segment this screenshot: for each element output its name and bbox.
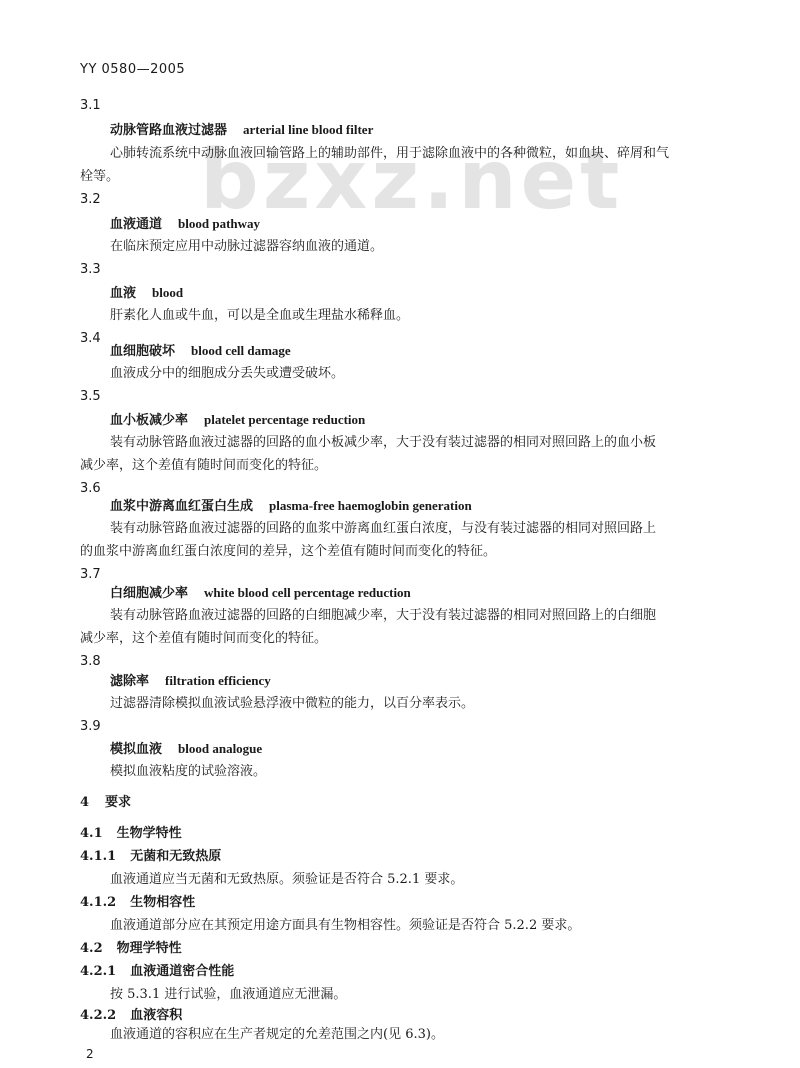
page-number: 2 <box>86 1047 94 1061</box>
requirement-text: 血液通道应当无菌和无致热原。须验证是否符合 5.2.1 要求。 <box>110 872 463 888</box>
term-zh: 动脉管路血液过滤器 <box>110 123 227 138</box>
subsection-heading: 4.1.1无菌和无致热原 <box>80 849 221 865</box>
clause-number: 3.1 <box>80 98 101 114</box>
term-zh: 滤除率 <box>110 674 149 689</box>
term-heading: 模拟血液blood analogue <box>110 741 262 758</box>
definition-text: 过滤器清除模拟血液试验悬浮液中微粒的能力，以百分率表示。 <box>110 696 474 712</box>
definition-text-cont: 减少率，这个差值有随时间而变化的特征。 <box>80 631 327 647</box>
subsection-number: 4.2.1 <box>80 964 116 979</box>
definition-text: 心肺转流系统中动脉血液回输管路上的辅助部件，用于滤除血液中的各种微粒，如血块、碎… <box>110 146 669 162</box>
subsection-number: 4.2 <box>80 941 103 956</box>
subsection-heading: 4.1.2生物相容性 <box>80 895 195 911</box>
term-en: plasma-free haemoglobin generation <box>269 498 472 513</box>
term-heading: 血细胞破坏blood cell damage <box>110 343 291 360</box>
term-zh: 血小板减少率 <box>110 413 188 428</box>
definition-text: 在临床预定应用中动脉过滤器容纳血液的通道。 <box>110 239 383 255</box>
term-en: blood cell damage <box>191 343 291 358</box>
subsection-title: 无菌和无致热原 <box>130 849 221 864</box>
term-zh: 血液 <box>110 286 136 301</box>
definition-text: 模拟血液粘度的试验溶液。 <box>110 764 266 780</box>
definition-text: 装有动脉管路血液过滤器的回路的血浆中游离血红蛋白浓度，与没有装过滤器的相同对照回… <box>110 521 656 537</box>
standard-code: YY 0580—2005 <box>80 62 185 77</box>
definition-text: 装有动脉管路血液过滤器的回路的白细胞减少率，大于没有装过滤器的相同对照回路上的白… <box>110 608 656 624</box>
term-en: filtration efficiency <box>165 673 271 688</box>
subsection-heading: 4.2.1血液通道密合性能 <box>80 964 234 980</box>
term-zh: 白细胞减少率 <box>110 586 188 601</box>
term-heading: 血液blood <box>110 285 183 302</box>
subsection-heading: 4.2物理学特性 <box>80 941 182 957</box>
clause-number: 3.4 <box>80 331 101 347</box>
term-heading: 血液通道blood pathway <box>110 216 260 233</box>
clause-number: 3.2 <box>80 192 101 208</box>
section-heading: 4要求 <box>80 795 131 811</box>
term-en: platelet percentage reduction <box>204 412 365 427</box>
subsection-title: 血液通道密合性能 <box>130 964 234 979</box>
term-en: blood analogue <box>178 741 262 756</box>
requirement-text: 血液通道部分应在其预定用途方面具有生物相容性。须验证是否符合 5.2.2 要求。 <box>110 918 580 934</box>
requirement-text: 按 5.3.1 进行试验，血液通道应无泄漏。 <box>110 987 346 1003</box>
clause-number: 3.5 <box>80 389 101 405</box>
definition-text: 肝素化人血或牛血，可以是全血或生理盐水稀释血。 <box>110 308 409 324</box>
definition-text-cont: 减少率，这个差值有随时间而变化的特征。 <box>80 458 327 474</box>
definition-text-cont: 栓等。 <box>80 169 119 185</box>
subsection-number: 4.1.2 <box>80 895 116 910</box>
term-zh: 血液通道 <box>110 217 162 232</box>
definition-text-cont: 的血浆中游离血红蛋白浓度间的差异，这个差值有随时间而变化的特征。 <box>80 544 496 560</box>
term-heading: 血浆中游离血红蛋白生成plasma-free haemoglobin gener… <box>110 498 472 515</box>
subsection-title: 血液容积 <box>130 1008 182 1023</box>
term-en: blood pathway <box>178 216 260 231</box>
term-en: blood <box>152 285 183 300</box>
clause-number: 3.7 <box>80 567 101 583</box>
section-number: 4 <box>80 795 89 810</box>
subsection-number: 4.2.2 <box>80 1008 116 1023</box>
term-zh: 血浆中游离血红蛋白生成 <box>110 499 253 514</box>
definition-text: 装有动脉管路血液过滤器的回路的血小板减少率，大于没有装过滤器的相同对照回路上的血… <box>110 435 656 451</box>
term-en: arterial line blood filter <box>243 122 373 137</box>
term-heading: 动脉管路血液过滤器arterial line blood filter <box>110 122 373 139</box>
requirement-text: 血液通道的容积应在生产者规定的允差范围之内(见 6.3)。 <box>110 1027 444 1043</box>
clause-number: 3.9 <box>80 719 101 735</box>
subsection-number: 4.1.1 <box>80 849 116 864</box>
clause-number: 3.8 <box>80 654 101 670</box>
subsection-heading: 4.2.2血液容积 <box>80 1008 182 1024</box>
term-heading: 白细胞减少率white blood cell percentage reduct… <box>110 585 411 602</box>
definition-text: 血液成分中的细胞成分丢失或遭受破坏。 <box>110 366 344 382</box>
subsection-title: 物理学特性 <box>117 941 182 956</box>
document-page: YY 0580—2005 3.1 动脉管路血液过滤器arterial line … <box>0 0 800 1068</box>
subsection-title: 生物相容性 <box>130 895 195 910</box>
term-heading: 滤除率filtration efficiency <box>110 673 271 690</box>
term-en: white blood cell percentage reduction <box>204 585 411 600</box>
clause-number: 3.3 <box>80 262 101 278</box>
subsection-title: 生物学特性 <box>117 826 182 841</box>
term-zh: 模拟血液 <box>110 742 162 757</box>
section-title: 要求 <box>105 795 131 810</box>
term-zh: 血细胞破坏 <box>110 344 175 359</box>
clause-number: 3.6 <box>80 481 101 497</box>
term-heading: 血小板减少率platelet percentage reduction <box>110 412 365 429</box>
subsection-number: 4.1 <box>80 826 103 841</box>
subsection-heading: 4.1生物学特性 <box>80 826 182 842</box>
